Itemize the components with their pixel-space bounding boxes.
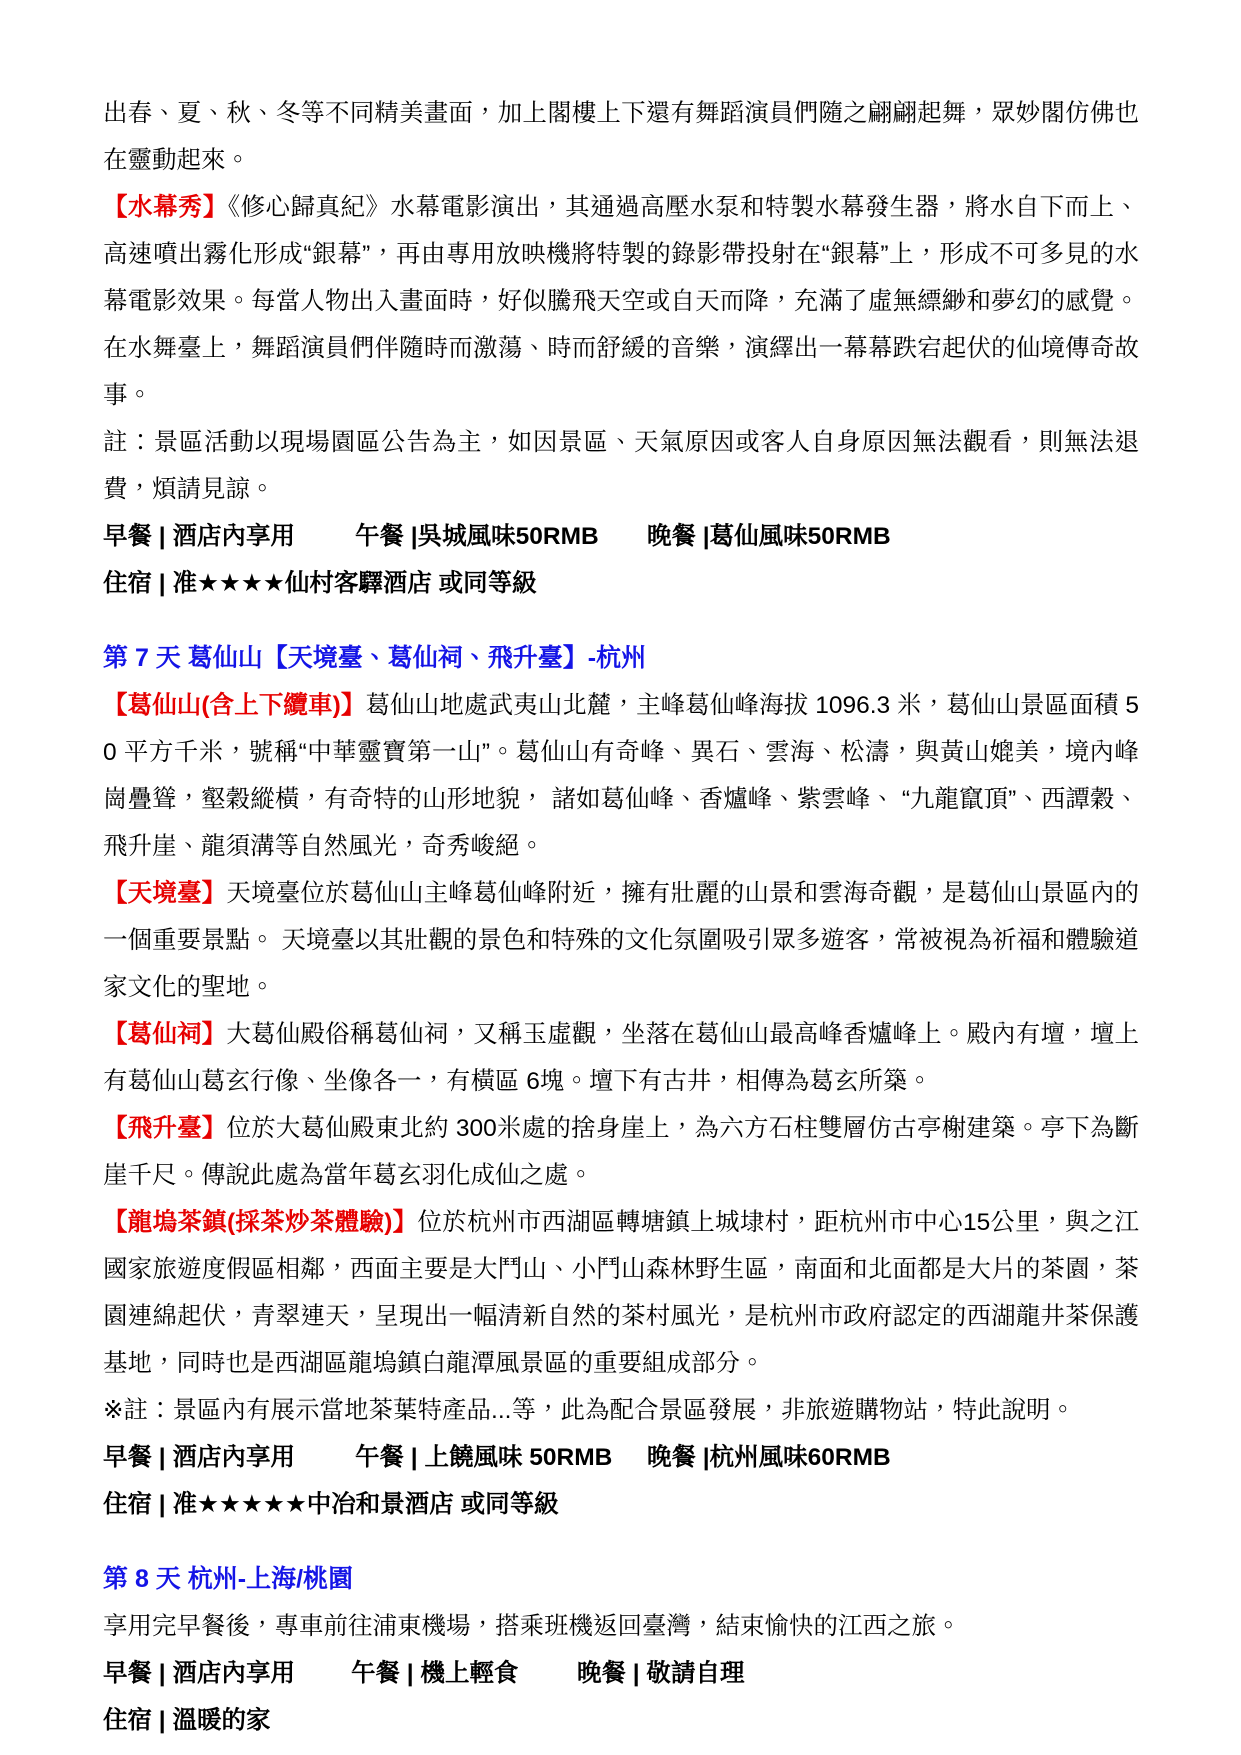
day7-header: 第 7 天 葛仙山【天境臺、葛仙祠、飛升臺】-杭州 — [103, 635, 1139, 682]
meal-lunch-day8: 午餐 | 機上輕食 — [351, 1650, 577, 1697]
meal-breakfast-day6: 早餐 | 酒店內享用 — [103, 513, 355, 560]
paragraph-feishengtai: 【飛升臺】位於大葛仙殿東北約 300米處的捨身崖上，為六方石柱雙層仿古亭榭建築。… — [103, 1105, 1139, 1199]
paragraph-tianjingtai: 【天境臺】天境臺位於葛仙山主峰葛仙峰附近，擁有壯麗的山景和雲海奇觀，是葛仙山景區… — [103, 870, 1139, 1011]
paragraph-day8-departure: 享用完早餐後，專車前往浦東機場，搭乘班機返回臺灣，結束愉快的江西之旅。 — [103, 1603, 1139, 1650]
meals-row-day7: 早餐 | 酒店內享用 午餐 | 上饒風味 50RMB 晚餐 |杭州風味60RMB — [103, 1434, 1139, 1481]
stay-row-day6: 住宿 | 准★★★★仙村客驛酒店 或同等級 — [103, 560, 1139, 607]
section-body-water-show: 《修心歸真紀》水幕電影演出，其通過高壓水泵和特製水幕發生器，將水自下而上、高速噴… — [103, 194, 1139, 409]
meals-row-day6: 早餐 | 酒店內享用 午餐 |吳城風味50RMB 晚餐 |葛仙風味50RMB — [103, 513, 1139, 560]
meal-dinner-day7: 晚餐 |杭州風味60RMB — [647, 1434, 1139, 1481]
section-tag-gexianci: 【葛仙祠】 — [103, 1021, 226, 1048]
itinerary-document-page: 出春、夏、秋、冬等不同精美畫面，加上閣樓上下還有舞蹈演員們隨之翩翩起舞，眾妙閣仿… — [0, 0, 1241, 1755]
paragraph-water-screen-show: 【水幕秀】《修心歸真紀》水幕電影演出，其通過高壓水泵和特製水幕發生器，將水自下而… — [103, 184, 1139, 419]
meal-lunch-day6: 午餐 |吳城風味50RMB — [355, 513, 647, 560]
paragraph-gexianci: 【葛仙祠】大葛仙殿俗稱葛仙祠，又稱玉虛觀，坐落在葛仙山最高峰香爐峰上。殿內有壇，… — [103, 1011, 1139, 1105]
section-body-gexianci: 大葛仙殿俗稱葛仙祠，又稱玉虛觀，坐落在葛仙山最高峰香爐峰上。殿內有壇，壇上有葛仙… — [103, 1021, 1139, 1095]
section-tag-water-show: 【水幕秀】 — [103, 194, 228, 221]
section-tag-gexianshan: 【葛仙山(含上下纜車)】 — [103, 692, 366, 719]
meal-breakfast-day7: 早餐 | 酒店內享用 — [103, 1434, 355, 1481]
day8-header: 第 8 天 杭州-上海/桃園 — [103, 1556, 1139, 1603]
stay-row-day8: 住宿 | 溫暖的家 — [103, 1697, 1139, 1744]
section-tag-tianjingtai: 【天境臺】 — [103, 880, 226, 907]
meal-lunch-day7: 午餐 | 上饒風味 50RMB — [355, 1434, 647, 1481]
note-refund-policy: 註：景區活動以現場園區公告為主，如因景區、天氣原因或客人自身原因無法觀看，則無法… — [103, 419, 1139, 513]
meal-breakfast-day8: 早餐 | 酒店內享用 — [103, 1650, 351, 1697]
section-tag-longwu-tea-town: 【龍塢茶鎮(採茶炒茶體驗)】 — [103, 1209, 417, 1236]
section-body-tianjingtai: 天境臺位於葛仙山主峰葛仙峰附近，擁有壯麗的山景和雲海奇觀，是葛仙山景區內的一個重… — [103, 880, 1139, 1001]
section-body-feishengtai: 位於大葛仙殿東北約 300米處的捨身崖上，為六方石柱雙層仿古亭榭建築。亭下為斷崖… — [103, 1115, 1139, 1189]
meals-row-day8: 早餐 | 酒店內享用 午餐 | 機上輕食 晚餐 | 敬請自理 — [103, 1650, 1139, 1697]
note-tea-products: ※註：景區內有展示當地茶葉特產品...等，此為配合景區發展，非旅遊購物站，特此說… — [103, 1387, 1139, 1434]
meal-dinner-day8: 晚餐 | 敬請自理 — [577, 1650, 1139, 1697]
stay-row-day7: 住宿 | 准★★★★★中冶和景酒店 或同等級 — [103, 1481, 1139, 1528]
paragraph-pavilion-continuation: 出春、夏、秋、冬等不同精美畫面，加上閣樓上下還有舞蹈演員們隨之翩翩起舞，眾妙閣仿… — [103, 90, 1139, 184]
paragraph-gexianshan: 【葛仙山(含上下纜車)】葛仙山地處武夷山北麓，主峰葛仙峰海拔 1096.3 米，… — [103, 682, 1139, 870]
paragraph-longwu-tea-town: 【龍塢茶鎮(採茶炒茶體驗)】位於杭州市西湖區轉塘鎮上城埭村，距杭州市中心15公里… — [103, 1199, 1139, 1387]
section-tag-feishengtai: 【飛升臺】 — [103, 1115, 227, 1142]
meal-dinner-day6: 晚餐 |葛仙風味50RMB — [647, 513, 1139, 560]
